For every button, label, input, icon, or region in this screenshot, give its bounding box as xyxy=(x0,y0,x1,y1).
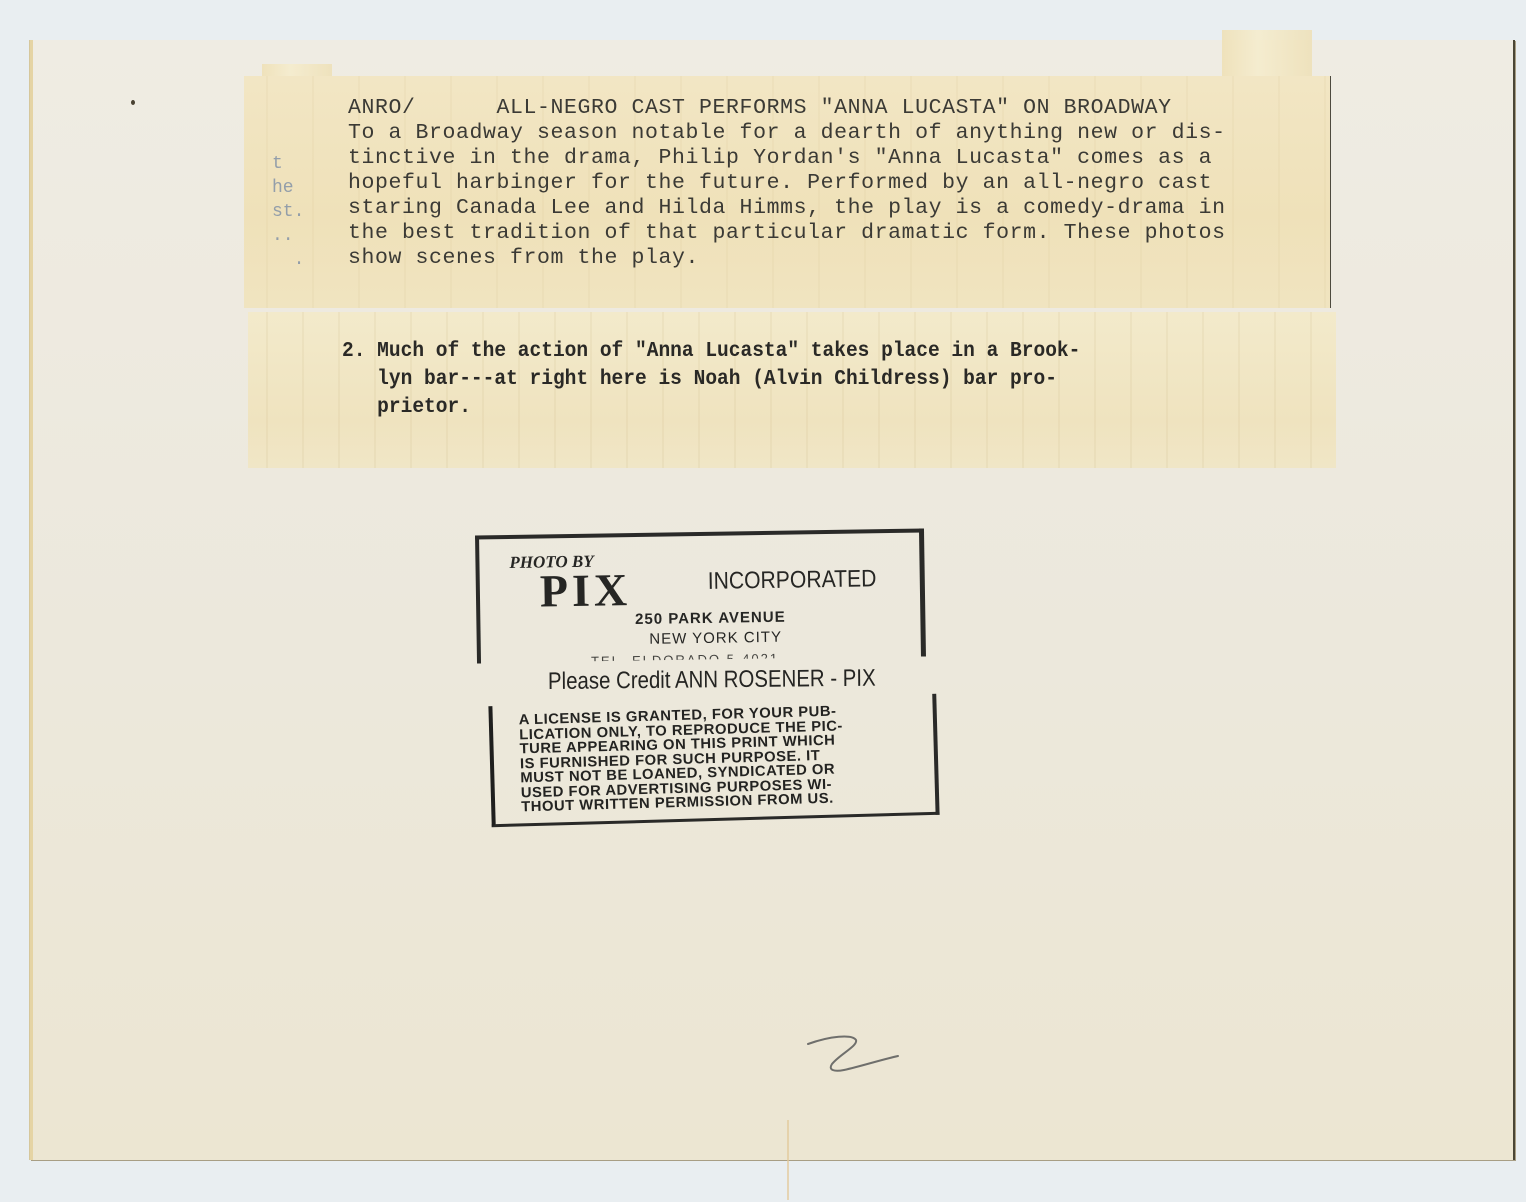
ink-speck xyxy=(131,100,135,105)
stamp-address-city: NEW YORK CITY xyxy=(481,627,921,651)
photo-caption-text: 2. Much of the action of "Anna Lucasta" … xyxy=(342,338,1080,422)
stamp-agency-name: PIX xyxy=(539,563,631,617)
bleed-through-text: t he st. .. . xyxy=(272,152,304,272)
stamp-incorporated: INCORPORATED xyxy=(708,565,877,596)
agency-stamp: PHOTO BY PIX INCORPORATED 250 PARK AVENU… xyxy=(475,528,926,663)
handwritten-number-2 xyxy=(800,1030,920,1080)
license-text: A LICENSE IS GRANTED, FOR YOUR PUB-LICAT… xyxy=(519,702,914,814)
credit-stamp: Please Credit ANN ROSENER - PIX xyxy=(548,665,876,696)
license-stamp: A LICENSE IS GRANTED, FOR YOUR PUB-LICAT… xyxy=(488,694,939,827)
paper-crease xyxy=(787,1120,789,1200)
caption-text: ANRO/ ALL-NEGRO CAST PERFORMS "ANNA LUCA… xyxy=(348,96,1226,271)
